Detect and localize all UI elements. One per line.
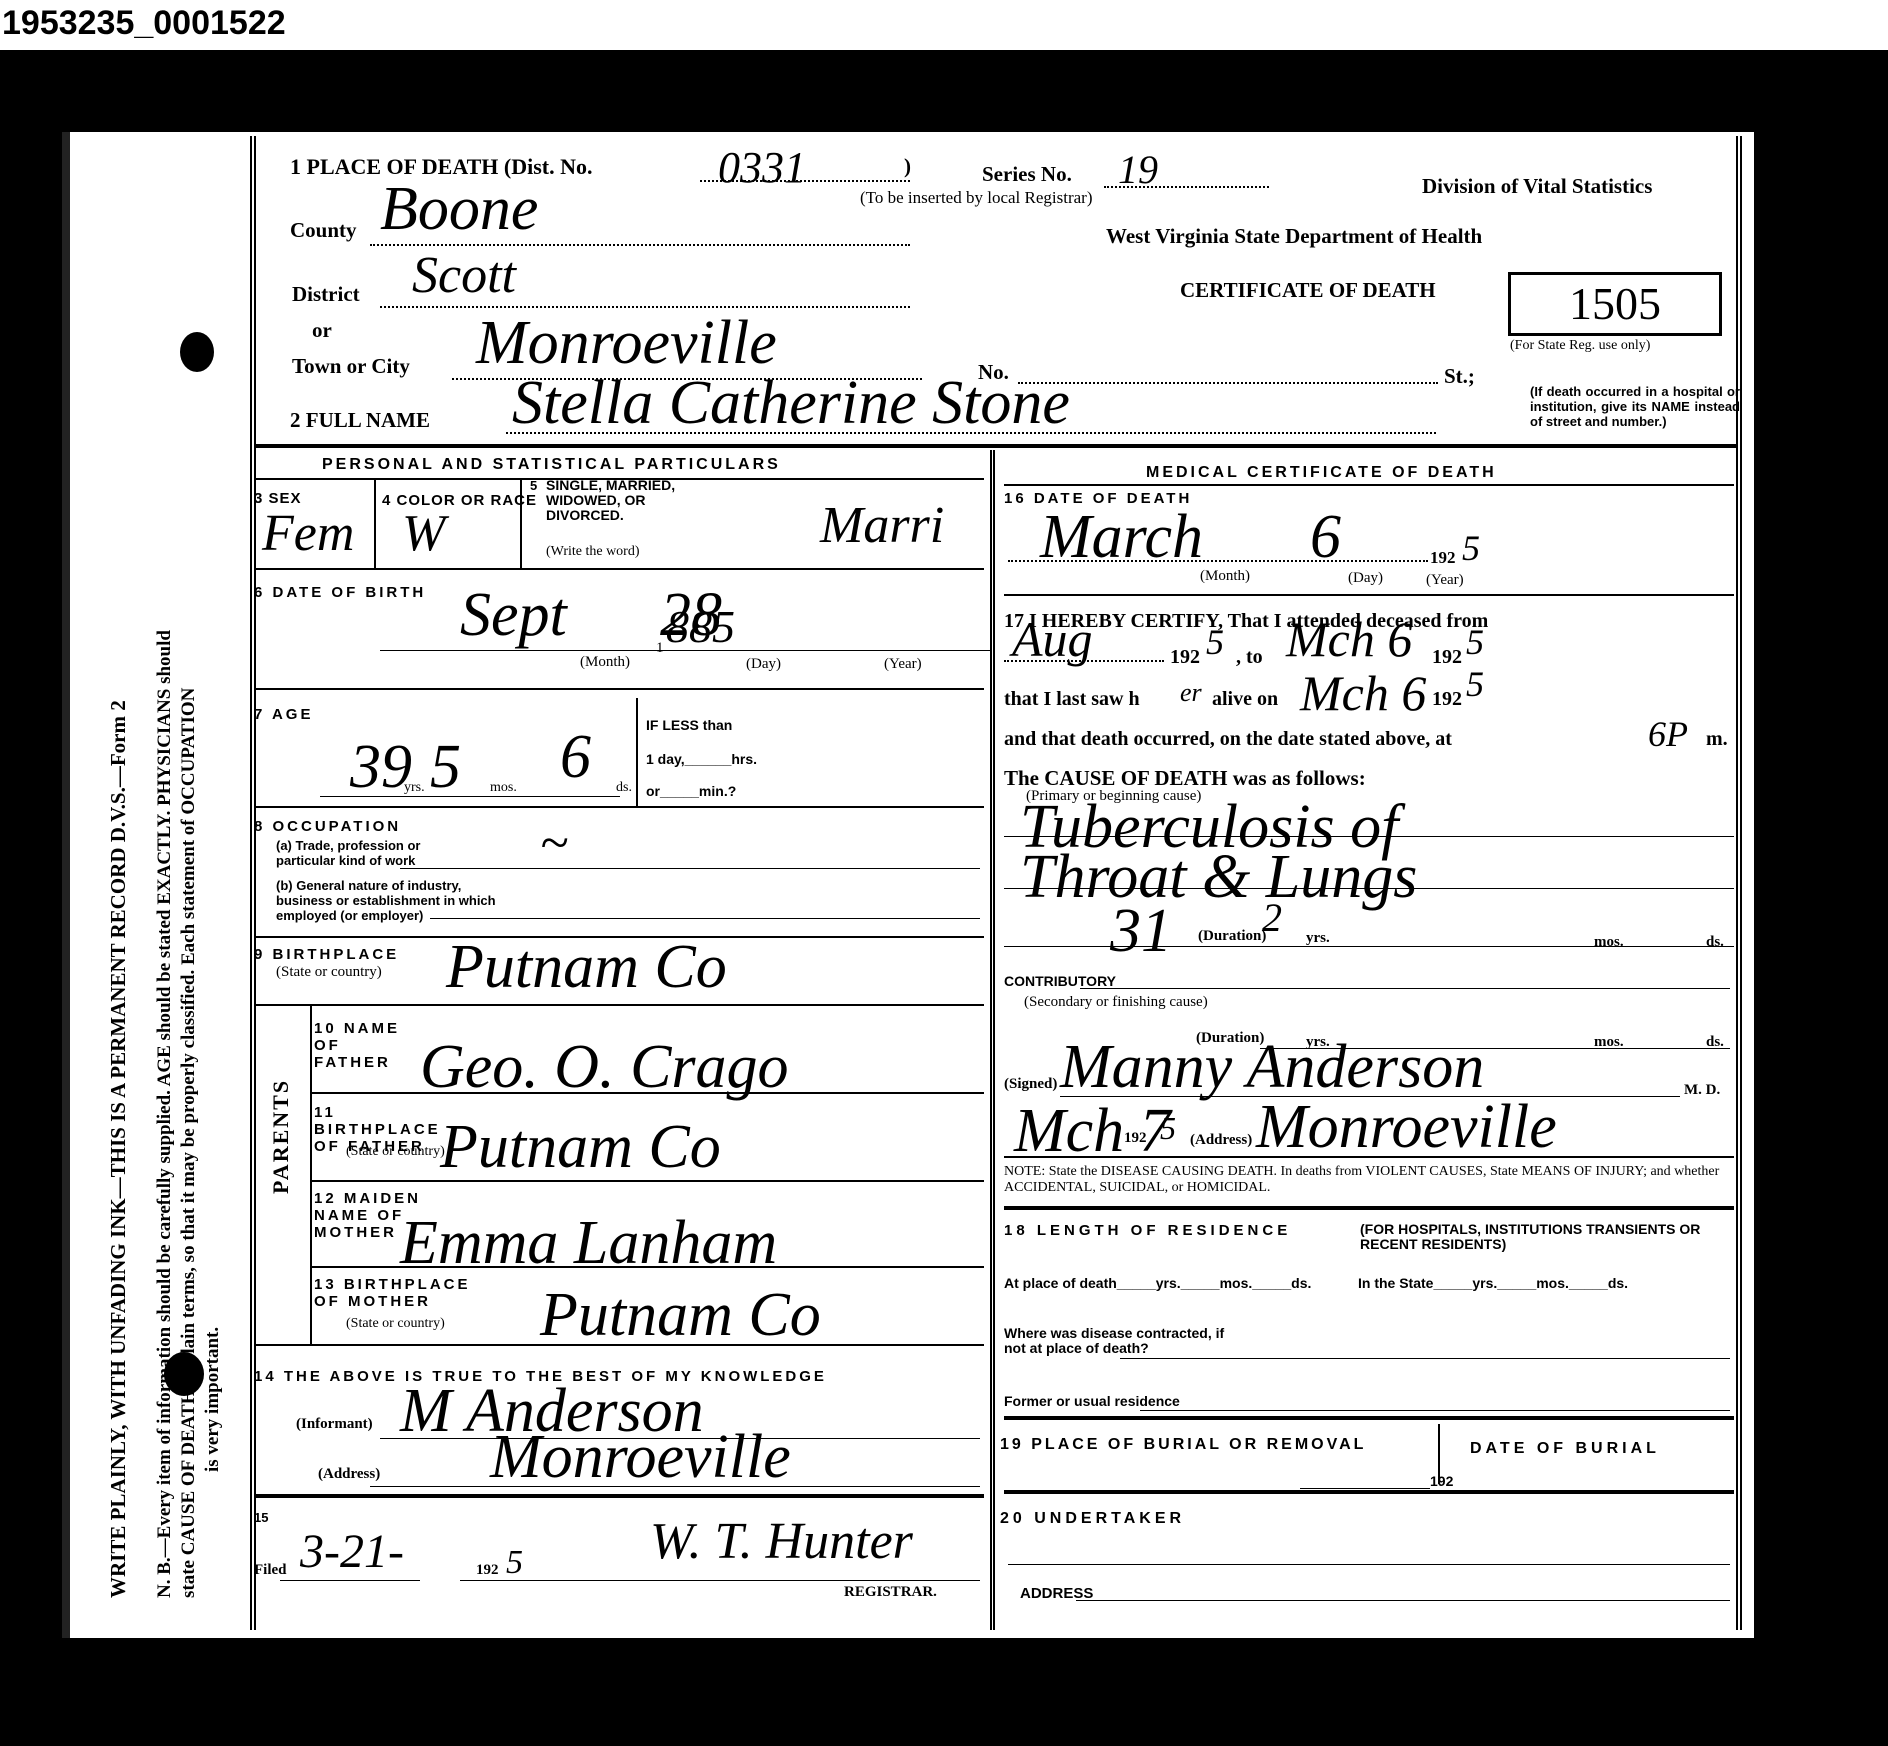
image-label-bar: 1953235_0001522: [0, 0, 1888, 50]
stub-line-3: state CAUSE OF DEATH in plain terms, so …: [178, 688, 200, 1598]
divider: [256, 444, 1736, 448]
divider: [520, 480, 522, 568]
mother-birthplace-value[interactable]: Putnam Co: [540, 1284, 821, 1346]
mother-birthplace-label: 13 BIRTHPLACE OF MOTHER: [314, 1276, 484, 1310]
dod-month-value[interactable]: March: [1040, 506, 1203, 568]
burial-date-label: DATE OF BURIAL: [1470, 1440, 1660, 1458]
filed-year-prefix: 192: [476, 1562, 499, 1579]
dob-label: 6 DATE OF BIRTH: [254, 584, 426, 601]
physician-address-value[interactable]: Monroeville: [1256, 1096, 1557, 1158]
dob-day-caption: (Day): [746, 656, 781, 673]
contributory-label: CONTRIBUTORY: [1004, 974, 1116, 989]
residence-at-place: At place of death_____yrs._____mos._____…: [1004, 1276, 1344, 1291]
mother-name-value[interactable]: Emma Lanham: [400, 1212, 777, 1274]
dob-year-prefix: 1: [656, 640, 664, 657]
duration-mos: mos.: [1594, 934, 1624, 951]
disease-contracted-label: Where was disease contracted, if not at …: [1004, 1326, 1244, 1356]
divider: [256, 1494, 984, 1498]
less-than-line-2: 1 day,______hrs.: [646, 752, 757, 767]
county-value[interactable]: Boone: [380, 178, 538, 240]
county-line: [370, 244, 910, 246]
occupation-value[interactable]: ~: [540, 818, 568, 870]
former-residence-label: Former or usual residence: [1004, 1394, 1180, 1409]
division-title: Division of Vital Statistics: [1422, 174, 1652, 199]
cause-line-2[interactable]: Throat & Lungs: [1020, 846, 1417, 908]
filed-number: 15: [254, 1510, 268, 1525]
informant-address-label: (Address): [318, 1466, 380, 1483]
certificate-title: CERTIFICATE OF DEATH: [1180, 278, 1436, 303]
personal-section-title: PERSONAL AND STATISTICAL PARTICULARS: [322, 456, 781, 474]
age-line: [320, 796, 620, 797]
occupation-a-label: (a) Trade, profession or particular kind…: [276, 838, 456, 868]
age-yrs-caption: yrs.: [404, 780, 425, 796]
undertaker-label: 20 UNDERTAKER: [1000, 1510, 1185, 1528]
ink-smudge: [180, 332, 214, 372]
dod-year-prefix: 192: [1430, 548, 1456, 568]
dod-day-value[interactable]: 6: [1310, 506, 1341, 568]
dod-year-caption: (Year): [1426, 572, 1464, 589]
physician-address-label: (Address): [1190, 1132, 1252, 1149]
registrar-line: [460, 1580, 980, 1581]
birthplace-value[interactable]: Putnam Co: [446, 936, 727, 998]
last-saw-year-prefix: 192: [1432, 688, 1462, 711]
age-label: 7 AGE: [254, 706, 313, 723]
attended-from-year[interactable]: 5: [1206, 624, 1224, 660]
attended-to-year[interactable]: 5: [1466, 624, 1484, 660]
dob-month-caption: (Month): [580, 654, 630, 671]
duration-label: (Duration): [1198, 928, 1266, 945]
age-mos-caption: mos.: [490, 780, 517, 796]
parents-label: PARENTS: [268, 1079, 294, 1194]
marital-value[interactable]: Marri: [820, 500, 944, 552]
divider: [1004, 1490, 1734, 1494]
registrar-signature[interactable]: W. T. Hunter: [650, 1516, 913, 1568]
occupation-a-line: [400, 868, 980, 869]
filed-line: [280, 1580, 420, 1581]
filed-date-value[interactable]: 3-21-: [300, 1528, 404, 1576]
hospital-note: (If death occurred in a hospital or inst…: [1530, 384, 1740, 429]
alive-on-text: alive on: [1212, 688, 1278, 711]
divider: [636, 698, 638, 806]
street-line: [1018, 382, 1438, 384]
divider: [1004, 484, 1734, 486]
age-years-value[interactable]: 39: [350, 736, 412, 798]
burial-year-prefix: 192: [1430, 1474, 1453, 1489]
burial-date-field[interactable]: [1300, 1488, 1430, 1489]
department-title: West Virginia State Department of Health: [1106, 224, 1482, 249]
dob-month-value[interactable]: Sept: [460, 584, 567, 646]
district-label: District: [292, 282, 360, 307]
filed-label: Filed: [254, 1562, 287, 1579]
residence-in-state: In the State_____yrs._____mos._____ds.: [1358, 1276, 1728, 1291]
sex-value[interactable]: Fem: [262, 508, 354, 560]
cause-line-1-rule: [1004, 836, 1734, 837]
county-label: County: [290, 218, 357, 243]
series-no-value[interactable]: 19: [1118, 150, 1158, 190]
series-label: Series No.: [982, 162, 1072, 187]
residence-label: 18 LENGTH OF RESIDENCE: [1004, 1222, 1291, 1239]
age-days-value[interactable]: 6: [560, 726, 591, 788]
marital-note: (Write the word): [546, 544, 640, 560]
last-saw-date[interactable]: Mch 6: [1300, 668, 1426, 718]
stub-line-1: WRITE PLAINLY, WITH UNFADING INK—THIS IS…: [106, 700, 131, 1598]
signed-label: (Signed): [1004, 1076, 1057, 1093]
disease-note: NOTE: State the DISEASE CAUSING DEATH. I…: [1004, 1164, 1734, 1196]
attended-from-year-prefix: 192: [1170, 646, 1200, 669]
duration-years-value[interactable]: 2: [1262, 898, 1282, 938]
divider: [256, 1004, 984, 1006]
last-saw-year[interactable]: 5: [1466, 666, 1484, 702]
state-reg-number: 1505: [1508, 272, 1722, 336]
town-value[interactable]: Monroeville: [476, 312, 777, 374]
attended-from-value[interactable]: Aug: [1012, 614, 1093, 664]
less-than-line-1: IF LESS than: [646, 718, 732, 733]
occupation-b-line: [430, 918, 980, 919]
full-name-value[interactable]: Stella Catherine Stone: [512, 372, 1070, 434]
md-label: M. D.: [1684, 1082, 1720, 1099]
dod-day-caption: (Day): [1348, 570, 1383, 587]
image-id-label: 1953235_0001522: [2, 4, 286, 43]
occurred-time-value[interactable]: 6P: [1648, 716, 1688, 752]
last-saw-text: that I last saw h: [1004, 688, 1140, 711]
attended-to-year-prefix: 192: [1432, 646, 1462, 669]
cause-line-2-rule: [1004, 888, 1734, 889]
divider: [1004, 1156, 1734, 1158]
divider: [1004, 1416, 1734, 1420]
birthplace-note: (State or country): [276, 964, 382, 981]
physician-signature[interactable]: Manny Anderson: [1060, 1036, 1484, 1098]
district-line: [380, 306, 910, 308]
residence-note: (FOR HOSPITALS, INSTITUTIONS TRANSIENTS …: [1360, 1222, 1730, 1252]
series-note: (To be inserted by local Registrar): [860, 188, 1092, 208]
contributory-line: [1080, 988, 1730, 989]
stub-line-4: is very important.: [202, 1327, 224, 1472]
last-saw-pronoun[interactable]: er: [1180, 680, 1202, 706]
stub-line-2: N. B.—Every item of information should b…: [154, 630, 176, 1598]
instruction-stub: WRITE PLAINLY, WITH UNFADING INK—THIS IS…: [62, 132, 240, 1638]
dod-month-caption: (Month): [1200, 568, 1250, 585]
dist-no-close: ): [904, 154, 911, 179]
race-value[interactable]: W: [402, 508, 445, 560]
divider: [374, 480, 376, 568]
duration-yrs: yrs.: [1306, 930, 1330, 947]
duration-ds: ds.: [1706, 934, 1724, 951]
undertaker-address-field[interactable]: [1076, 1600, 1730, 1601]
signed-date-value[interactable]: Mch 7: [1014, 1100, 1171, 1162]
town-label: Town or City: [292, 354, 410, 379]
parents-divider: [310, 1004, 312, 1344]
dist-no-value[interactable]: 0331: [718, 146, 806, 190]
medical-section-title: MEDICAL CERTIFICATE OF DEATH: [1146, 464, 1497, 482]
signed-year-value[interactable]: 5: [1160, 1112, 1176, 1144]
divider: [256, 568, 984, 570]
filed-year-value[interactable]: 5: [506, 1546, 523, 1580]
signed-year-prefix: 192: [1124, 1130, 1147, 1147]
ink-smudge: [164, 1352, 204, 1396]
father-birthplace-value[interactable]: Putnam Co: [440, 1116, 721, 1178]
state-reg-note: (For State Reg. use only): [1510, 338, 1650, 354]
mother-birthplace-note: (State or country): [346, 1316, 445, 1332]
occurred-m: m.: [1706, 728, 1728, 751]
dod-year-value[interactable]: 5: [1462, 530, 1480, 566]
undertaker-address-label: ADDRESS: [1020, 1586, 1093, 1601]
dob-year-value[interactable]: 885: [666, 604, 735, 650]
former-residence-field[interactable]: [1140, 1410, 1730, 1411]
marital-number: 5: [530, 478, 537, 493]
full-name-label: 2 FULL NAME: [290, 408, 430, 433]
duration-prefix-value[interactable]: 31: [1110, 900, 1172, 962]
disease-contracted-field[interactable]: [1120, 1358, 1730, 1359]
less-than-line-3: or_____min.?: [646, 784, 736, 799]
informant-label: (Informant): [296, 1416, 373, 1433]
occupation-b-label: (b) General nature of industry, business…: [276, 878, 506, 923]
father-birthplace-note: (State or country): [346, 1144, 445, 1160]
father-name-value[interactable]: Geo. O. Crago: [420, 1036, 789, 1098]
divider: [312, 1092, 984, 1094]
divider: [256, 806, 984, 808]
occurred-text: and that death occurred, on the date sta…: [1004, 728, 1452, 751]
duration-rule: [1004, 946, 1734, 947]
burial-place-label: 19 PLACE OF BURIAL OR REMOVAL: [1000, 1436, 1366, 1454]
secondary-cause-note: (Secondary or finishing cause): [1024, 994, 1208, 1011]
district-value[interactable]: Scott: [412, 250, 516, 302]
attended-from-line: [1004, 660, 1164, 662]
marital-label: SINGLE, MARRIED, WIDOWED, OR DIVORCED.: [546, 478, 676, 523]
occupation-label: 8 OCCUPATION: [254, 818, 401, 835]
undertaker-field[interactable]: [1008, 1564, 1730, 1565]
registrar-label: REGISTRAR.: [844, 1584, 937, 1601]
father-name-label: 10 NAME OF FATHER: [314, 1020, 424, 1071]
attended-to-value[interactable]: Mch 6: [1286, 614, 1412, 664]
age-months-value[interactable]: 5: [430, 736, 461, 798]
dob-year-caption: (Year): [884, 656, 922, 673]
divider: [1004, 594, 1734, 596]
street-st-label: St.;: [1444, 364, 1475, 389]
section-divider: [990, 450, 995, 1630]
age-ds-caption: ds.: [616, 780, 632, 796]
divider: [1004, 1206, 1734, 1210]
or-label: or: [312, 318, 332, 343]
divider: [312, 1180, 984, 1182]
divider: [256, 688, 984, 690]
divider: [312, 1266, 984, 1268]
informant-address-value[interactable]: Monroeville: [490, 1426, 791, 1488]
divider: [256, 1344, 984, 1346]
birthplace-label: 9 BIRTHPLACE: [254, 946, 399, 963]
to-label: , to: [1236, 646, 1263, 669]
